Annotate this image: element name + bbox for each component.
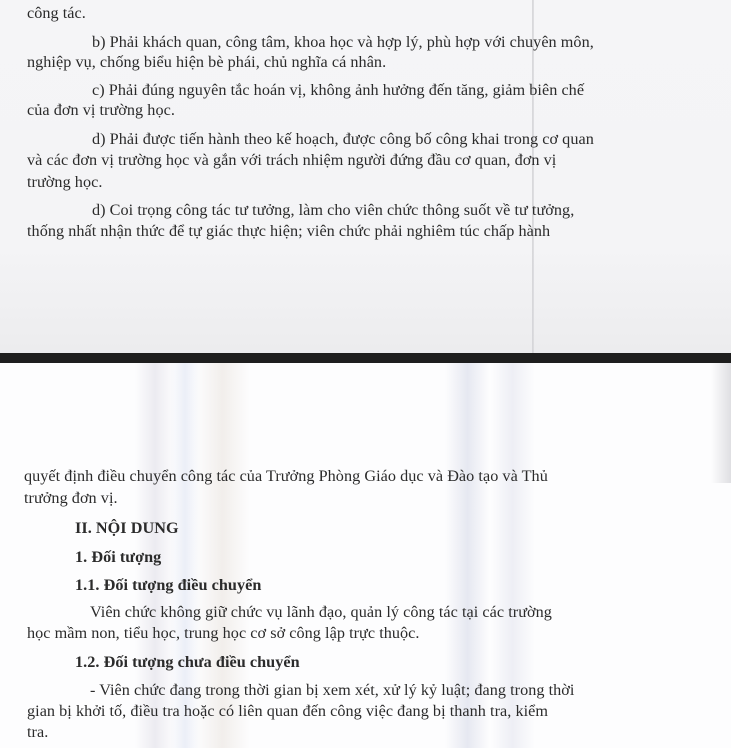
text-line: b) Phải khách quan, công tâm, khoa học v… — [92, 32, 594, 52]
text-line: gian bị khởi tố, điều tra hoặc có liên q… — [27, 701, 548, 721]
page-fold-line — [532, 0, 534, 353]
text-line: Viên chức không giữ chức vụ lãnh đạo, qu… — [90, 602, 552, 622]
text-line: c) Phải đúng nguyên tắc hoán vị, không ả… — [92, 80, 584, 100]
text-line: công tác. — [27, 3, 86, 23]
text-line: của đơn vị trường học. — [27, 100, 175, 120]
text-line: d) Phải được tiến hành theo kế hoạch, đư… — [92, 129, 594, 149]
text-line: trưởng đơn vị. — [24, 488, 118, 508]
document-page-bottom: quyết định điều chuyển công tác của Trưở… — [0, 363, 731, 748]
text-line: học mầm non, tiểu học, trung học cơ sở c… — [27, 623, 420, 643]
text-line: nghiệp vụ, chống biểu hiện bè phái, chủ … — [27, 52, 386, 72]
text-line: trường học. — [27, 172, 102, 192]
page-edge-shadow — [711, 363, 731, 483]
text-line: d) Coi trọng công tác tư tưởng, làm cho … — [92, 200, 574, 220]
text-line: quyết định điều chuyển công tác của Trưở… — [24, 466, 548, 486]
page-separator — [0, 353, 731, 363]
section-heading: II. NỘI DUNG — [75, 518, 179, 538]
subheading: 1.2. Đối tượng chưa điều chuyển — [75, 652, 300, 672]
subheading: 1. Đối tượng — [75, 547, 161, 567]
subheading: 1.1. Đối tượng điều chuyển — [75, 575, 261, 595]
text-line: tra. — [27, 722, 48, 742]
text-line: - Viên chức đang trong thời gian bị xem … — [90, 680, 574, 700]
text-line: thống nhất nhận thức để tự giác thực hiệ… — [27, 221, 550, 241]
text-line: và các đơn vị trường học và gắn với trác… — [27, 150, 556, 170]
document-page-top: công tác. b) Phải khách quan, công tâm, … — [0, 0, 731, 353]
